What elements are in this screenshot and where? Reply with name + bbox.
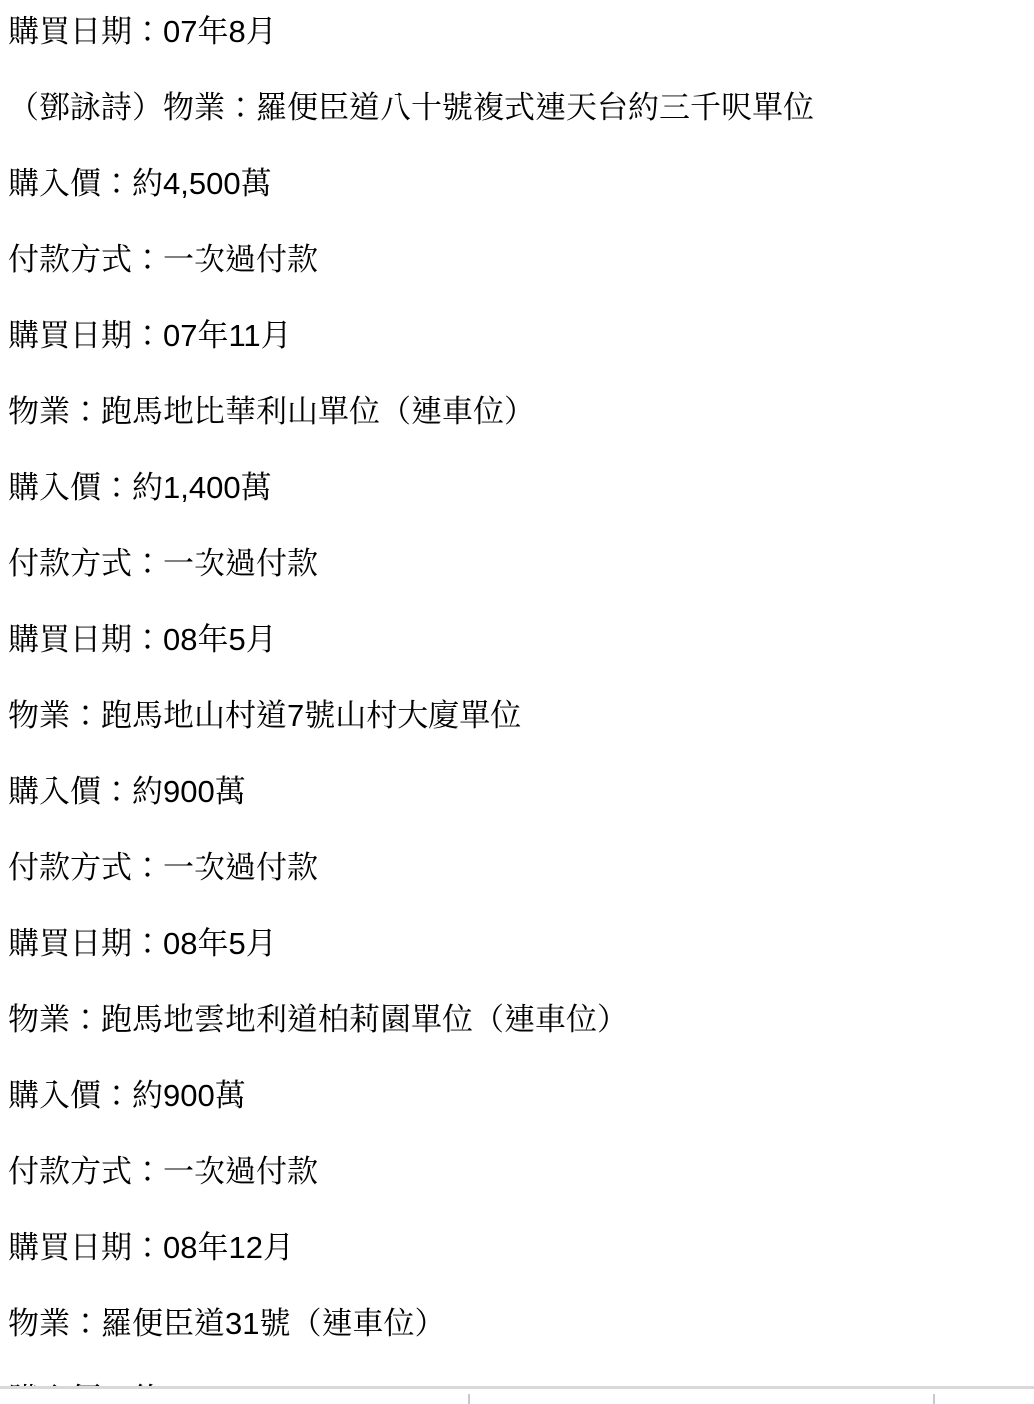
bottom-bar-separator <box>933 1394 935 1404</box>
text-line-purchase-price: 購入價：約900萬 <box>8 1078 246 1114</box>
text-line-purchase-date: 購買日期：08年5月 <box>8 622 277 658</box>
text-line-property: 物業：羅便臣道31號（連車位） <box>8 1306 445 1342</box>
text-line-purchase-date: 購買日期：07年11月 <box>8 318 292 354</box>
text-line-purchase-date: 購買日期：07年8月 <box>8 14 277 50</box>
bottom-bar-divider <box>0 1386 1034 1389</box>
text-line-purchase-date: 購買日期：08年12月 <box>8 1230 294 1266</box>
text-line-payment-method: 付款方式：一次過付款 <box>8 242 318 278</box>
article-page: 購買日期：07年8月 （鄧詠詩）物業：羅便臣道八十號複式連天台約三千呎單位 購入… <box>0 0 1034 1404</box>
text-line-payment-method: 付款方式：一次過付款 <box>8 850 318 886</box>
text-line-purchase-price: 購入價：約4,500萬 <box>8 166 272 202</box>
text-line-property: （鄧詠詩）物業：羅便臣道八十號複式連天台約三千呎單位 <box>8 90 814 126</box>
text-line-purchase-price: 購入價：約900萬 <box>8 774 246 810</box>
bottom-bar-separator <box>468 1394 470 1404</box>
text-line-property: 物業：跑馬地比華利山單位（連車位） <box>8 394 535 430</box>
text-line-purchase-price: 購入價：約1,400萬 <box>8 470 272 506</box>
text-line-purchase-date: 購買日期：08年5月 <box>8 926 277 962</box>
text-line-property: 物業：跑馬地山村道7號山村大廈單位 <box>8 698 521 734</box>
text-line-property: 物業：跑馬地雲地利道柏莉園單位（連車位） <box>8 1002 628 1038</box>
text-line-payment-method: 付款方式：一次過付款 <box>8 546 318 582</box>
text-line-payment-method: 付款方式：一次過付款 <box>8 1154 318 1190</box>
